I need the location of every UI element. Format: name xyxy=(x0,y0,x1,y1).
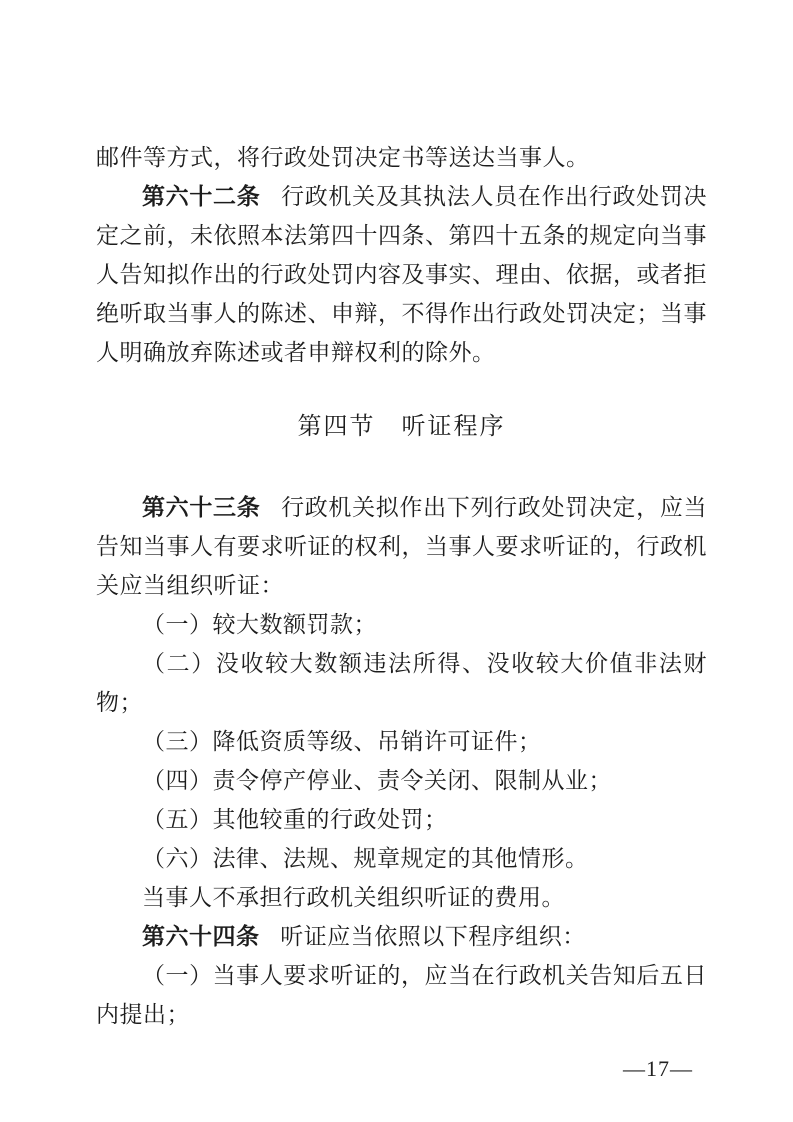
article-63-item-5: （五）其他较重的行政处罚； xyxy=(96,800,707,839)
article-63-item-3: （三）降低资质等级、吊销许可证件； xyxy=(96,722,707,761)
article-63-item-1: （一）较大数额罚款； xyxy=(96,605,707,644)
article-64-item-1: （一）当事人要求听证的，应当在行政机关告知后五日内提出； xyxy=(96,956,707,1034)
article-63-note: 当事人不承担行政机关组织听证的费用。 xyxy=(96,878,707,917)
article-62: 第六十二条行政机关及其执法人员在作出行政处罚决定之前，未依照本法第四十四条、第四… xyxy=(96,177,707,372)
article-64-number: 第六十四条 xyxy=(142,924,260,949)
article-63: 第六十三条行政机关拟作出下列行政处罚决定，应当告知当事人有要求听证的权利，当事人… xyxy=(96,488,707,605)
continuation-paragraph: 邮件等方式，将行政处罚决定书等送达当事人。 xyxy=(96,138,707,177)
article-64: 第六十四条听证应当依照以下程序组织： xyxy=(96,917,707,956)
article-62-number: 第六十二条 xyxy=(142,184,260,209)
article-63-item-4: （四）责令停产停业、责令关闭、限制从业； xyxy=(96,761,707,800)
document-page: 邮件等方式，将行政处罚决定书等送达当事人。 第六十二条行政机关及其执法人员在作出… xyxy=(0,0,793,1122)
section-heading: 第四节 听证程序 xyxy=(96,412,707,442)
article-63-item-2: （二）没收较大数额违法所得、没收较大价值非法财物； xyxy=(96,644,707,722)
article-62-text: 行政机关及其执法人员在作出行政处罚决定之前，未依照本法第四十四条、第四十五条的规… xyxy=(96,184,707,365)
page-number: —17— xyxy=(623,1056,693,1082)
article-63-number: 第六十三条 xyxy=(142,495,260,520)
document-body: 邮件等方式，将行政处罚决定书等送达当事人。 第六十二条行政机关及其执法人员在作出… xyxy=(96,138,707,1034)
article-64-text: 听证应当依照以下程序组织： xyxy=(280,924,586,949)
article-63-item-6: （六）法律、法规、规章规定的其他情形。 xyxy=(96,839,707,878)
